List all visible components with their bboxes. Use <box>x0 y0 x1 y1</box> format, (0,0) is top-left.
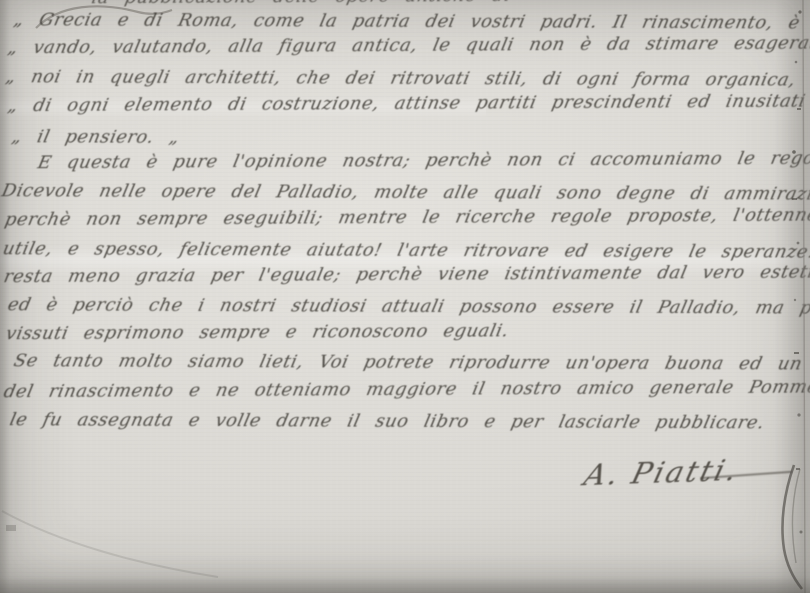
scan-vignette <box>0 0 810 593</box>
scanned-letter: la pubblicazione delle opere antiche di … <box>0 0 810 593</box>
